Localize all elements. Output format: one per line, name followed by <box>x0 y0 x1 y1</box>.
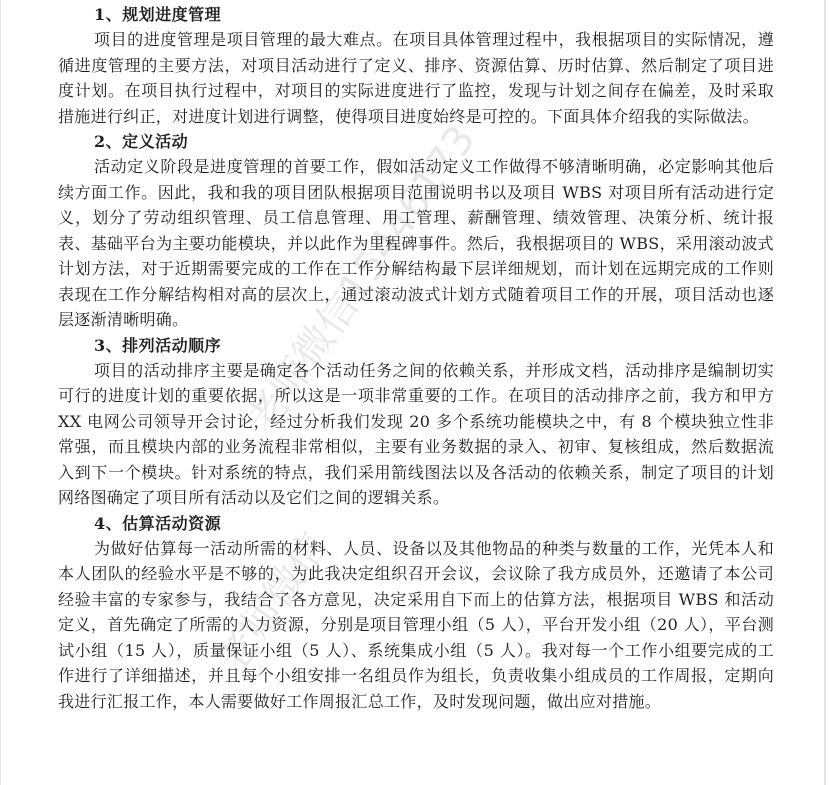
section-sequence-activities: 3、排列活动顺序 项目的活动排序主要是确定各个活动任务之间的依赖关系，并形成文档… <box>58 333 774 511</box>
section-plan-schedule: 1、规划进度管理 项目的进度管理是项目管理的最大难点。在项目具体管理过程中，我根… <box>58 2 774 129</box>
section-heading: 4、估算活动资源 <box>58 511 774 536</box>
section-paragraph: 项目的进度管理是项目管理的最大难点。在项目具体管理过程中，我根据项目的实际情况，… <box>58 27 774 129</box>
document-page: 老师微信15446173 老师微信 1、规划进度管理 项目的进度管理是项目管理的… <box>0 0 826 785</box>
section-paragraph: 项目的活动排序主要是确定各个活动任务之间的依赖关系，并形成文档，活动排序是编制切… <box>58 358 774 511</box>
section-heading: 3、排列活动顺序 <box>58 333 774 358</box>
section-estimate-resources: 4、估算活动资源 为做好估算每一活动所需的材料、人员、设备以及其他物品的种类与数… <box>58 511 774 715</box>
section-heading: 1、规划进度管理 <box>58 2 774 27</box>
document-body: 1、规划进度管理 项目的进度管理是项目管理的最大难点。在项目具体管理过程中，我根… <box>58 2 774 714</box>
section-paragraph: 活动定义阶段是进度管理的首要工作，假如活动定义工作做得不够清晰明确，必定影响其他… <box>58 154 774 333</box>
section-heading: 2、定义活动 <box>58 129 774 154</box>
section-paragraph: 为做好估算每一活动所需的材料、人员、设备以及其他物品的种类与数量的工作，光凭本人… <box>58 536 774 715</box>
section-define-activities: 2、定义活动 活动定义阶段是进度管理的首要工作，假如活动定义工作做得不够清晰明确… <box>58 129 774 333</box>
